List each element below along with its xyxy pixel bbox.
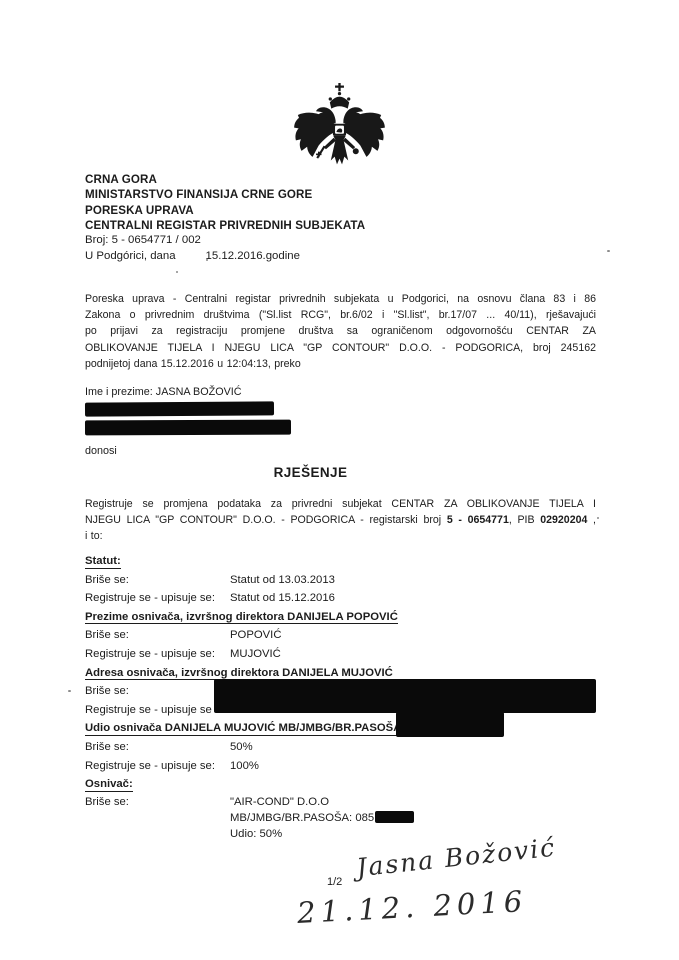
scanned-decision-document: CRNA GORA MINISTARSTVO FINANSIJA CRNE GO… (0, 0, 679, 960)
brise-value: 50% (230, 738, 253, 757)
org-line-country: CRNA GORA (85, 172, 365, 187)
handwritten-date: 21.12. 2016 (296, 884, 528, 930)
row-registruje: Registruje se - upisuje se: 100% (85, 757, 596, 776)
applicant-name-line: Ime i prezime: JASNA BOŽOVIĆ (85, 386, 242, 398)
letterhead: CRNA GORA MINISTARSTVO FINANSIJA CRNE GO… (85, 172, 365, 234)
registry-number: 5 - 0654771 (447, 514, 509, 526)
place-date-line: U Podgórici, dana15.12.2016.godine (85, 250, 300, 262)
intro-paragraph: Poreska uprava - Centralni registar priv… (85, 291, 596, 372)
registruje-label: Registruje se - upisuje se: (85, 757, 230, 776)
brise-label: Briše se: (85, 571, 230, 590)
registruje-label: Registruje se - upisuje se (85, 701, 230, 720)
scan-speck (607, 250, 610, 252)
intro-line: Zakona o privrednim društvima ("Sl.list … (85, 307, 596, 323)
row-brise: Briše se: POPOVIĆ (85, 626, 596, 645)
intro-line: podnijetoj dana 15.12.2016 u 12:04:13, p… (85, 356, 596, 372)
donosi-text: donosi (85, 445, 117, 457)
decision-line: NJEGU LICA "GP CONTOUR" D.O.O. - PODGORI… (85, 512, 596, 528)
intro-line: po prijavi za registraciju promjene druš… (85, 323, 596, 339)
redaction-bar (375, 811, 414, 823)
brise-label: Briše se: (85, 682, 230, 701)
decision-line: Registruje se promjena podataka za privr… (85, 496, 596, 512)
decision-line: i to: (85, 528, 596, 544)
scan-speck (68, 690, 71, 692)
org-line-registry: CENTRALNI REGISTAR PRIVREDNIH SUBJEKATA (85, 218, 365, 233)
decision-text: NJEGU LICA "GP CONTOUR" D.O.O. - PODGORI… (85, 514, 447, 526)
section-heading-udio: Udio osnivača DANIJELA MUJOVIĆ MB/JMBG/B… (85, 719, 596, 738)
place-label: U Podgórici, dana (85, 250, 176, 262)
brise-label: Briše se: (85, 738, 230, 757)
decision-paragraph: Registruje se promjena podataka za privr… (85, 496, 596, 545)
decision-text: , PIB (509, 514, 540, 526)
brise-label: Briše se: (85, 795, 230, 811)
montenegro-coat-of-arms-icon (291, 83, 388, 176)
row-brise: Briše se: 50% (85, 738, 596, 757)
scan-speck (206, 259, 208, 261)
osnivac-value-block: "AIR-COND" D.O.O MB/JMBG/BR.PASOŠA: 085 … (230, 795, 414, 843)
page-number: 1/2 (327, 876, 342, 888)
org-line-tax-admin: PORESKA UPRAVA (85, 203, 365, 218)
row-brise: Briše se: Statut od 13.03.2013 (85, 571, 596, 590)
decision-text: , (587, 514, 596, 526)
registruje-label: Registruje se - upisuje se: (85, 589, 230, 608)
osnivac-company: "AIR-COND" D.O.O (230, 796, 329, 808)
org-line-ministry: MINISTARSTVO FINANSIJA CRNE GORE (85, 187, 365, 202)
brise-value: POPOVIĆ (230, 626, 281, 645)
registruje-value: MUJOVIĆ (230, 645, 281, 664)
document-title: RJEŠENJE (55, 465, 566, 480)
osnivac-id-line: MB/JMBG/BR.PASOŠA: 085 (230, 812, 374, 824)
registruje-value: 100% (230, 757, 259, 776)
redaction-bar (85, 420, 291, 436)
osnivac-share: Udio: 50% (230, 828, 282, 840)
redaction-bar (85, 401, 274, 416)
section-heading-osnivac: Osnivač: (85, 775, 596, 794)
row-registruje: Registruje se - upisuje se: Statut od 15… (85, 589, 596, 608)
registruje-label: Registruje se - upisuje se: (85, 645, 230, 664)
document-date: 15.12.2016.godine (206, 250, 300, 262)
pib-number: 02920204 (540, 514, 587, 526)
document-number: Broj: 5 - 0654771 / 002 (85, 234, 201, 246)
scan-speck (176, 271, 178, 273)
section-heading-statut: Statut: (85, 552, 596, 571)
row-registruje: Registruje se - upisuje se: MUJOVIĆ (85, 645, 596, 664)
registruje-value: Statut od 15.12.2016 (230, 589, 335, 608)
redaction-block (214, 679, 596, 713)
redaction-block (396, 712, 504, 737)
brise-value: Statut od 13.03.2013 (230, 571, 335, 590)
brise-label: Briše se: (85, 626, 230, 645)
intro-line: OBLIKOVANJE TIJELA I NJEGU LICA "GP CONT… (85, 340, 596, 356)
section-heading-prezime: Prezime osnivača, izvršnog direktora DAN… (85, 608, 596, 627)
scan-speck (597, 517, 599, 519)
intro-line: Poreska uprava - Centralni registar priv… (85, 291, 596, 307)
